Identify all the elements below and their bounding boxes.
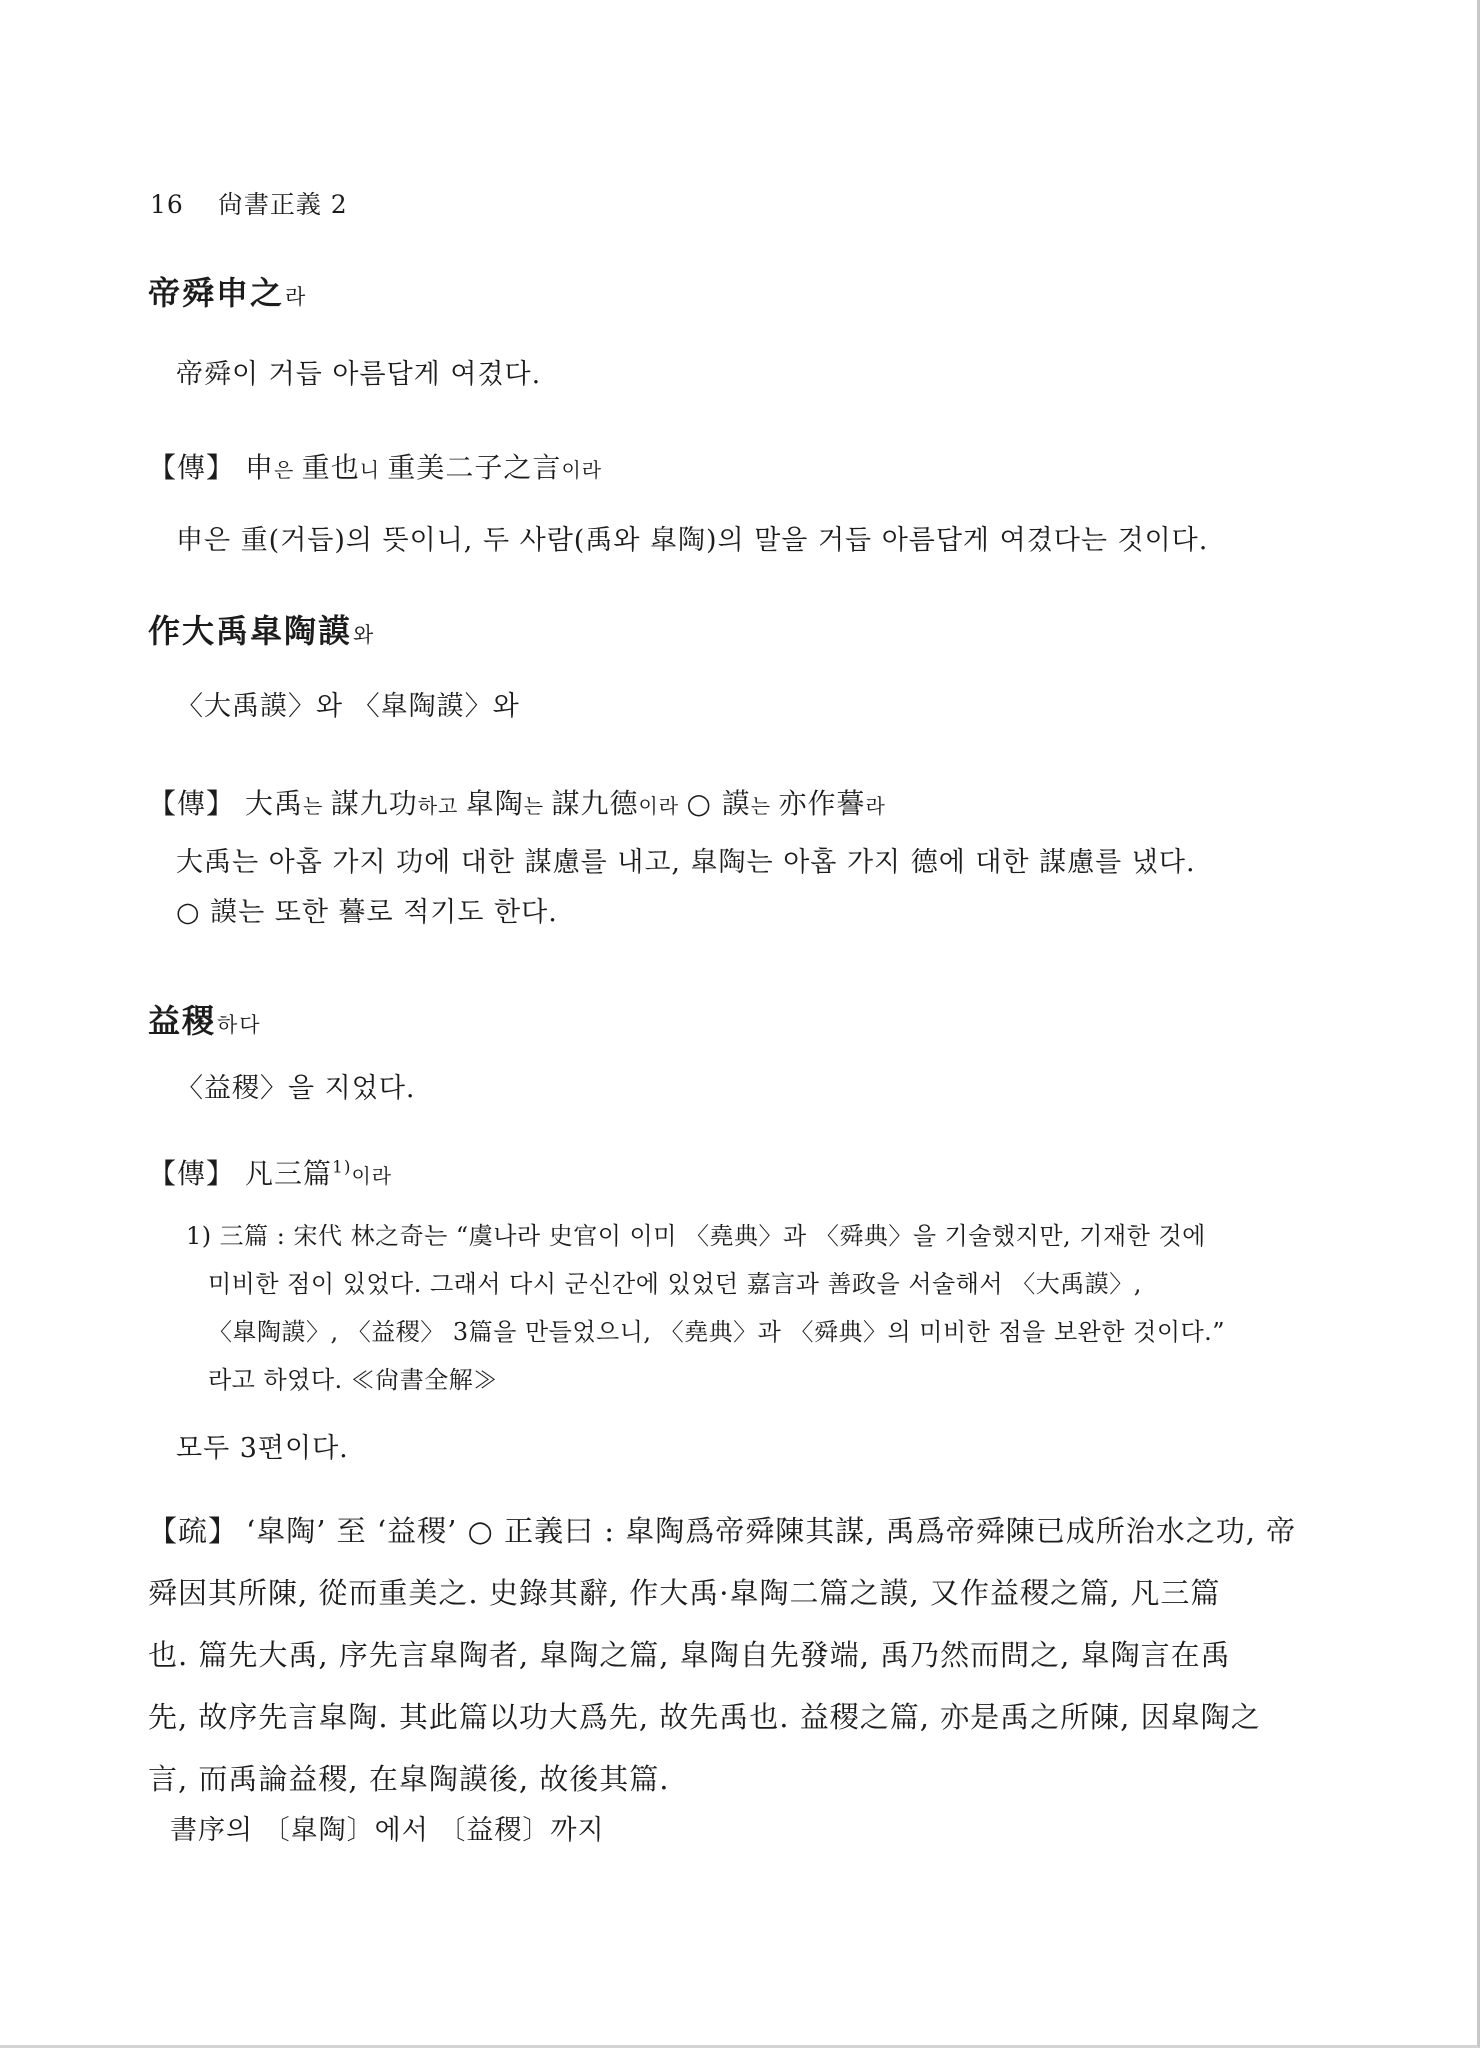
jeon-label: 【傳】 [148, 1157, 235, 1190]
hyeonto-particle: 하고 [418, 794, 466, 818]
page-number: 16 [150, 190, 184, 219]
hyeonto-particle: 는 [524, 794, 552, 818]
hanmun-run: 大禹 [245, 787, 303, 820]
hyeonto-particle: 이라 [638, 794, 686, 818]
section1-jeon: 【傳】申은 重也니 重美二子之言이라 [148, 446, 602, 486]
hanmun-run: 凡三篇 [245, 1157, 332, 1190]
hanmun-run: 重美二子之言 [387, 451, 561, 484]
so-line: 也. 篇先大禹, 序先言皐陶者, 皐陶之篇, 皐陶自先發端, 禹乃然而問之, 皐… [148, 1624, 1296, 1686]
hanmun-run: 謀九功 [331, 787, 418, 820]
book-page: 16尙書正義 2 帝舜申之라 帝舜이 거듭 아름답게 여겼다. 【傳】申은 重也… [0, 0, 1480, 2048]
page-header: 16尙書正義 2 [150, 185, 348, 221]
section1-heading: 帝舜申之라 [148, 268, 307, 314]
so-line: 【疏】‘皐陶’ 至 ‘益稷’ ○ 正義曰 : 皐陶爲帝舜陳其謀, 禹爲帝舜陳已成… [148, 1500, 1296, 1562]
so-line: 先, 故序先言皐陶. 其此篇以功大爲先, 故先禹也. 益稷之篇, 亦是禹之所陳,… [148, 1686, 1296, 1748]
section3-jeon-translation: 모두 3편이다. [176, 1426, 349, 1465]
section2-translation: 〈大禹謨〉와 〈皐陶謨〉와 [176, 684, 520, 723]
hyeonto-particle: 니 [360, 458, 388, 482]
section3-translation: 〈益稷〉을 지었다. [176, 1066, 416, 1105]
footnote-reference: 1) [332, 1158, 351, 1178]
so-commentary: 【疏】‘皐陶’ 至 ‘益稷’ ○ 正義曰 : 皐陶爲帝舜陳其謀, 禹爲帝舜陳已成… [148, 1500, 1296, 1810]
section1-jeon-translation: 申은 重(거듭)의 뜻이니, 두 사람(禹와 皐陶)의 말을 거듭 아름답게 여… [176, 518, 1208, 557]
so-translation: 書序의 〔皐陶〕에서 〔益稷〕까지 [170, 1808, 605, 1847]
section2-heading-suffix: 와 [353, 623, 375, 647]
section2-heading: 作大禹皐陶謨와 [148, 606, 375, 652]
section2-heading-hanja: 作大禹皐陶謨 [148, 612, 352, 650]
hyeonto-particle: 은 [274, 458, 302, 482]
hanmun-run: 重也 [302, 451, 360, 484]
section1-translation: 帝舜이 거듭 아름답게 여겼다. [176, 352, 541, 391]
hyeonto-particle: 는 [751, 794, 779, 818]
footnote-marker: 1) [186, 1222, 212, 1250]
hanmun-run: ○ 謨 [686, 787, 750, 820]
so-line: 舜因其所陳, 從而重美之. 史錄其辭, 作大禹·皐陶二篇之謨, 又作益稷之篇, … [148, 1562, 1296, 1624]
section3-heading-hanja: 益稷 [148, 1002, 216, 1040]
footnote-line: 미비한 점이 있었다. 그래서 다시 군신간에 있었던 嘉言과 善政을 서술해서… [186, 1260, 1225, 1308]
hyeonto-particle: 이라 [561, 458, 602, 482]
hanmun-run: 申 [245, 451, 274, 484]
footnote-line: 1)三篇 : 宋代 林之奇는 “虞나라 史官이 이미 〈堯典〉과 〈舜典〉을 기… [186, 1212, 1225, 1260]
so-line: 言, 而禹論益稷, 在皐陶謨後, 故後其篇. [148, 1748, 1296, 1810]
footnote-line: 라고 하였다. ≪尙書全解≫ [186, 1356, 1225, 1404]
jeon-translation-line: 大禹는 아홉 가지 功에 대한 謀慮를 내고, 皐陶는 아홉 가지 德에 대한 … [176, 838, 1196, 888]
section1-heading-hanja: 帝舜申之 [148, 274, 284, 312]
hanmun-run: 皐陶 [466, 787, 524, 820]
section1-heading-suffix: 라 [285, 285, 307, 309]
jeon-label: 【傳】 [148, 451, 235, 484]
footnote: 1)三篇 : 宋代 林之奇는 “虞나라 史官이 이미 〈堯典〉과 〈舜典〉을 기… [186, 1212, 1225, 1404]
jeon-translation-line: ○ 謨는 또한 謩로 적기도 한다. [176, 888, 1196, 938]
hanmun-run: 謀九德 [551, 787, 638, 820]
footnote-line: 〈皐陶謨〉, 〈益稷〉 3篇을 만들었으니, 〈堯典〉과 〈舜典〉의 미비한 점… [186, 1308, 1225, 1356]
jeon-label: 【傳】 [148, 787, 235, 820]
hanmun-run: 亦作謩 [778, 787, 865, 820]
section3-heading: 益稷하다 [148, 996, 262, 1042]
so-label: 【疏】 [148, 1514, 238, 1548]
book-title: 尙書正義 2 [218, 190, 348, 219]
section3-jeon: 【傳】凡三篇1)이라 [148, 1152, 392, 1192]
hyeonto-particle: 는 [303, 794, 331, 818]
section2-jeon: 【傳】大禹는 謀九功하고 皐陶는 謀九德이라 ○ 謨는 亦作謩라 [148, 782, 886, 822]
section2-jeon-translation: 大禹는 아홉 가지 功에 대한 謀慮를 내고, 皐陶는 아홉 가지 德에 대한 … [176, 838, 1196, 938]
hyeonto-particle: 라 [866, 794, 886, 818]
hyeonto-particle: 이라 [351, 1164, 392, 1188]
section3-heading-suffix: 하다 [217, 1013, 262, 1037]
